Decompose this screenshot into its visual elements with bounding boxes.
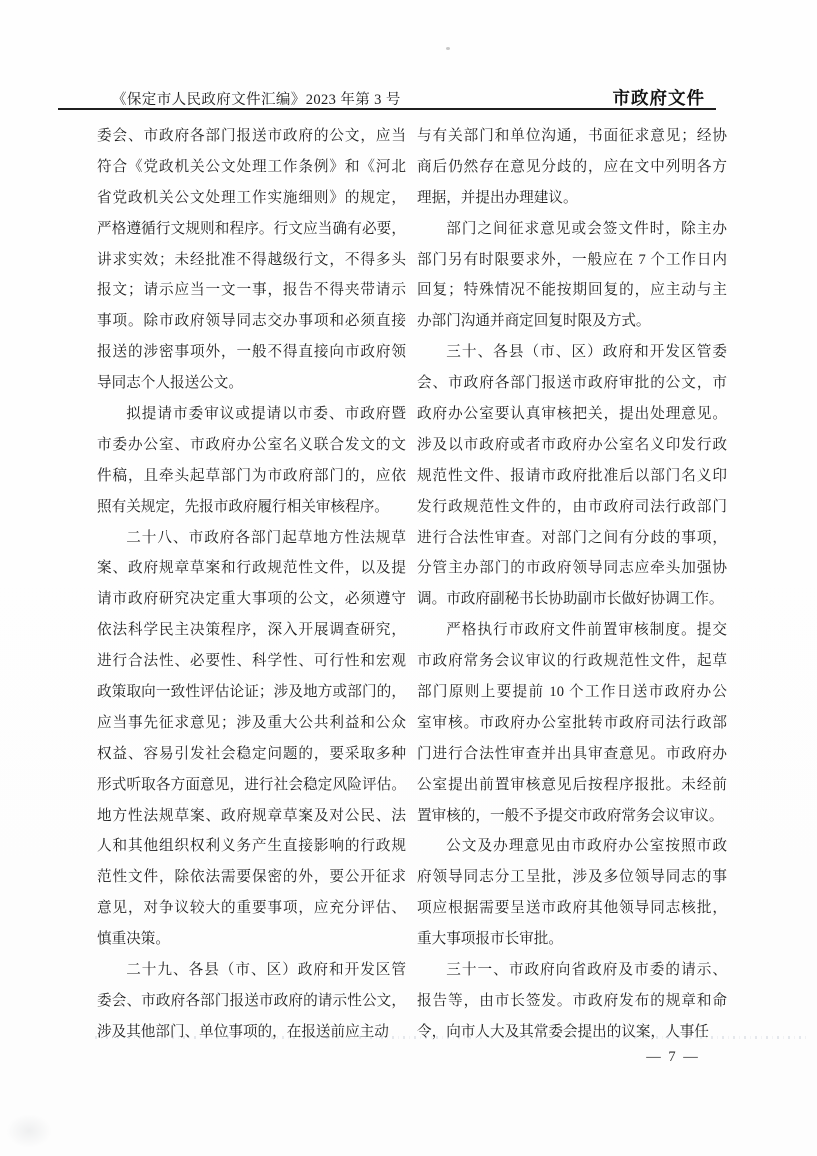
scan-noise-band-artifact — [95, 1036, 807, 1039]
scanned-document-page: 《保定市人民政府文件汇编》2023 年第 3 号 市政府文件 委会、市政府各部门… — [0, 0, 817, 1156]
text-line: 进行合法性审查。对部门之间有分歧的事项， — [417, 523, 727, 554]
text-line: 范性文件，除依法需要保密的外，要公开征求 — [97, 862, 406, 893]
text-line: 办部门沟通并商定回复时限及方式。 — [417, 306, 727, 337]
text-line: 规范性文件、报请市政府批准后以部门名义印 — [417, 461, 727, 492]
text-line: 符合《党政机关公文处理工作条例》和《河北 — [97, 152, 406, 183]
text-line: 涉及以市政府或者市政府办公室名义印发行政 — [417, 430, 727, 461]
text-line: 报告等，由市长签发。市政府发布的规章和命 — [417, 986, 727, 1017]
text-line: 市委办公室、市政府办公室名义联合发文的文 — [97, 430, 406, 461]
text-line: 权益、容易引发社会稳定问题的，要采取多种 — [97, 739, 406, 770]
text-line: 事项。除市政府领导同志交办事项和必须直接 — [97, 306, 406, 337]
paragraph: 严格执行市政府文件前置审核制度。提交市政府常务会议审议的行政规范性文件，起草部门… — [417, 615, 727, 831]
text-line: 重大事项报市长审批。 — [417, 924, 727, 955]
text-line: 公室提出前置审核意见后按程序报批。未经前 — [417, 770, 727, 801]
text-line: 请市政府研究决定重大事项的公文，必须遵守 — [97, 584, 406, 615]
text-line: 门进行合法性审查并出具审查意见。市政府办 — [417, 739, 727, 770]
text-line: 委会、市政府各部门报送市政府的公文，应当 — [97, 121, 406, 152]
scan-smudge-artifact — [6, 1114, 52, 1148]
text-line: 与有关部门和单位沟通，书面征求意见；经协 — [417, 121, 727, 152]
text-line: 公文及办理意见由市政府办公室按照市政 — [417, 831, 727, 862]
text-line: 三十、各县（市、区）政府和开发区管委 — [417, 337, 727, 368]
text-line: 二十八、市政府各部门起草地方性法规草 — [97, 523, 406, 554]
text-line: 政策取向一致性评估论证；涉及地方或部门的， — [97, 677, 406, 708]
text-line: 进行合法性、必要性、科学性、可行性和宏观 — [97, 646, 406, 677]
text-line: 案、政府规章草案和行政规范性文件，以及提 — [97, 553, 406, 584]
text-line: 令，向市人大及其常委会提出的议案，人事任 — [417, 1017, 727, 1048]
text-line: 件稿，且牵头起草部门为市政府部门的，应依 — [97, 461, 406, 492]
text-line: 严格执行市政府文件前置审核制度。提交 — [417, 615, 727, 646]
text-line: 依法科学民主决策程序，深入开展调查研究， — [97, 615, 406, 646]
text-line: 部门之间征求意见或会签文件时，除主办 — [417, 214, 727, 245]
text-line: 讲求实效；未经批准不得越级行文，不得多头 — [97, 245, 406, 276]
text-line: 发行政规范性文件的，由市政府司法行政部门 — [417, 492, 727, 523]
text-line: 会、市政府各部门报送市政府审批的公文，市 — [417, 368, 727, 399]
text-line: 分管主办部门的市政府领导同志应牵头加强协 — [417, 553, 727, 584]
text-line: 部门另有时限要求外，一般应在 7 个工作日内 — [417, 245, 727, 276]
header-document-category: 市政府文件 — [613, 85, 706, 110]
paragraph: 三十一、市政府向省政府及市委的请示、报告等，由市长签发。市政府发布的规章和命令，… — [417, 955, 727, 1048]
text-line: 委会、市政府各部门报送市政府的请示性公文， — [97, 986, 406, 1017]
paragraph: 与有关部门和单位沟通，书面征求意见；经协商后仍然存在意见分歧的，应在文中列明各方… — [417, 121, 727, 214]
text-line: 回复；特殊情况不能按期回复的，应主动与主 — [417, 275, 727, 306]
text-line: 应当事先征求意见；涉及重大公共利益和公众 — [97, 708, 406, 739]
text-line: 商后仍然存在意见分歧的，应在文中列明各方 — [417, 152, 727, 183]
text-line: 省党政机关公文处理工作实施细则》的规定， — [97, 183, 406, 214]
text-line: 室审核。市政府办公室批转市政府司法行政部 — [417, 708, 727, 739]
text-line: 报送的涉密事项外，一般不得直接向市政府领 — [97, 337, 406, 368]
scan-speck-artifact — [446, 47, 450, 50]
paragraph: 二十九、各县（市、区）政府和开发区管委会、市政府各部门报送市政府的请示性公文，涉… — [97, 955, 406, 1048]
text-line: 置审核的，一般不予提交市政府常务会议审议。 — [417, 801, 727, 832]
text-line: 报文；请示应当一文一事，报告不得夹带请示 — [97, 275, 406, 306]
page-number: — 7 — — [638, 1049, 708, 1066]
text-line: 照有关规定，先报市政府履行相关审核程序。 — [97, 492, 406, 523]
text-line: 地方性法规草案、政府规章草案及对公民、法 — [97, 801, 406, 832]
paragraph: 二十八、市政府各部门起草地方性法规草案、政府规章草案和行政规范性文件，以及提请市… — [97, 523, 406, 955]
text-line: 项应根据需要呈送市政府其他领导同志核批， — [417, 893, 727, 924]
text-line: 涉及其他部门、单位事项的，在报送前应主动 — [97, 1017, 406, 1048]
text-line: 三十一、市政府向省政府及市委的请示、 — [417, 955, 727, 986]
header-rule — [58, 108, 716, 110]
paragraph: 拟提请市委审议或提请以市委、市政府暨市委办公室、市政府办公室名义联合发文的文件稿… — [97, 399, 406, 523]
text-line: 慎重决策。 — [97, 924, 406, 955]
text-line: 拟提请市委审议或提请以市委、市政府暨 — [97, 399, 406, 430]
text-line: 部门原则上要提前 10 个工作日送市政府办公 — [417, 677, 727, 708]
text-line: 市政府常务会议审议的行政规范性文件，起草 — [417, 646, 727, 677]
paragraph: 委会、市政府各部门报送市政府的公文，应当符合《党政机关公文处理工作条例》和《河北… — [97, 121, 406, 399]
paragraph: 公文及办理意见由市政府办公室按照市政府领导同志分工呈批，涉及多位领导同志的事项应… — [417, 831, 727, 955]
text-line: 意见，对争议较大的重要事项，应充分评估、 — [97, 893, 406, 924]
text-column-left: 委会、市政府各部门报送市政府的公文，应当符合《党政机关公文处理工作条例》和《河北… — [97, 121, 406, 1048]
paragraph: 三十、各县（市、区）政府和开发区管委会、市政府各部门报送市政府审批的公文，市政府… — [417, 337, 727, 615]
text-line: 形式听取各方面意见，进行社会稳定风险评估。 — [97, 770, 406, 801]
text-column-right: 与有关部门和单位沟通，书面征求意见；经协商后仍然存在意见分歧的，应在文中列明各方… — [417, 121, 727, 1048]
text-line: 理据，并提出办理建议。 — [417, 183, 727, 214]
text-line: 二十九、各县（市、区）政府和开发区管 — [97, 955, 406, 986]
text-line: 严格遵循行文规则和程序。行文应当确有必要， — [97, 214, 406, 245]
text-line: 府领导同志分工呈批，涉及多位领导同志的事 — [417, 862, 727, 893]
text-line: 调。市政府副秘书长协助副市长做好协调工作。 — [417, 584, 727, 615]
paragraph: 部门之间征求意见或会签文件时，除主办部门另有时限要求外，一般应在 7 个工作日内… — [417, 214, 727, 338]
header-compilation-title: 《保定市人民政府文件汇编》2023 年第 3 号 — [112, 88, 401, 109]
text-line: 政府办公室要认真审核把关，提出处理意见。 — [417, 399, 727, 430]
text-line: 导同志个人报送公文。 — [97, 368, 406, 399]
text-line: 人和其他组织权利义务产生直接影响的行政规 — [97, 831, 406, 862]
